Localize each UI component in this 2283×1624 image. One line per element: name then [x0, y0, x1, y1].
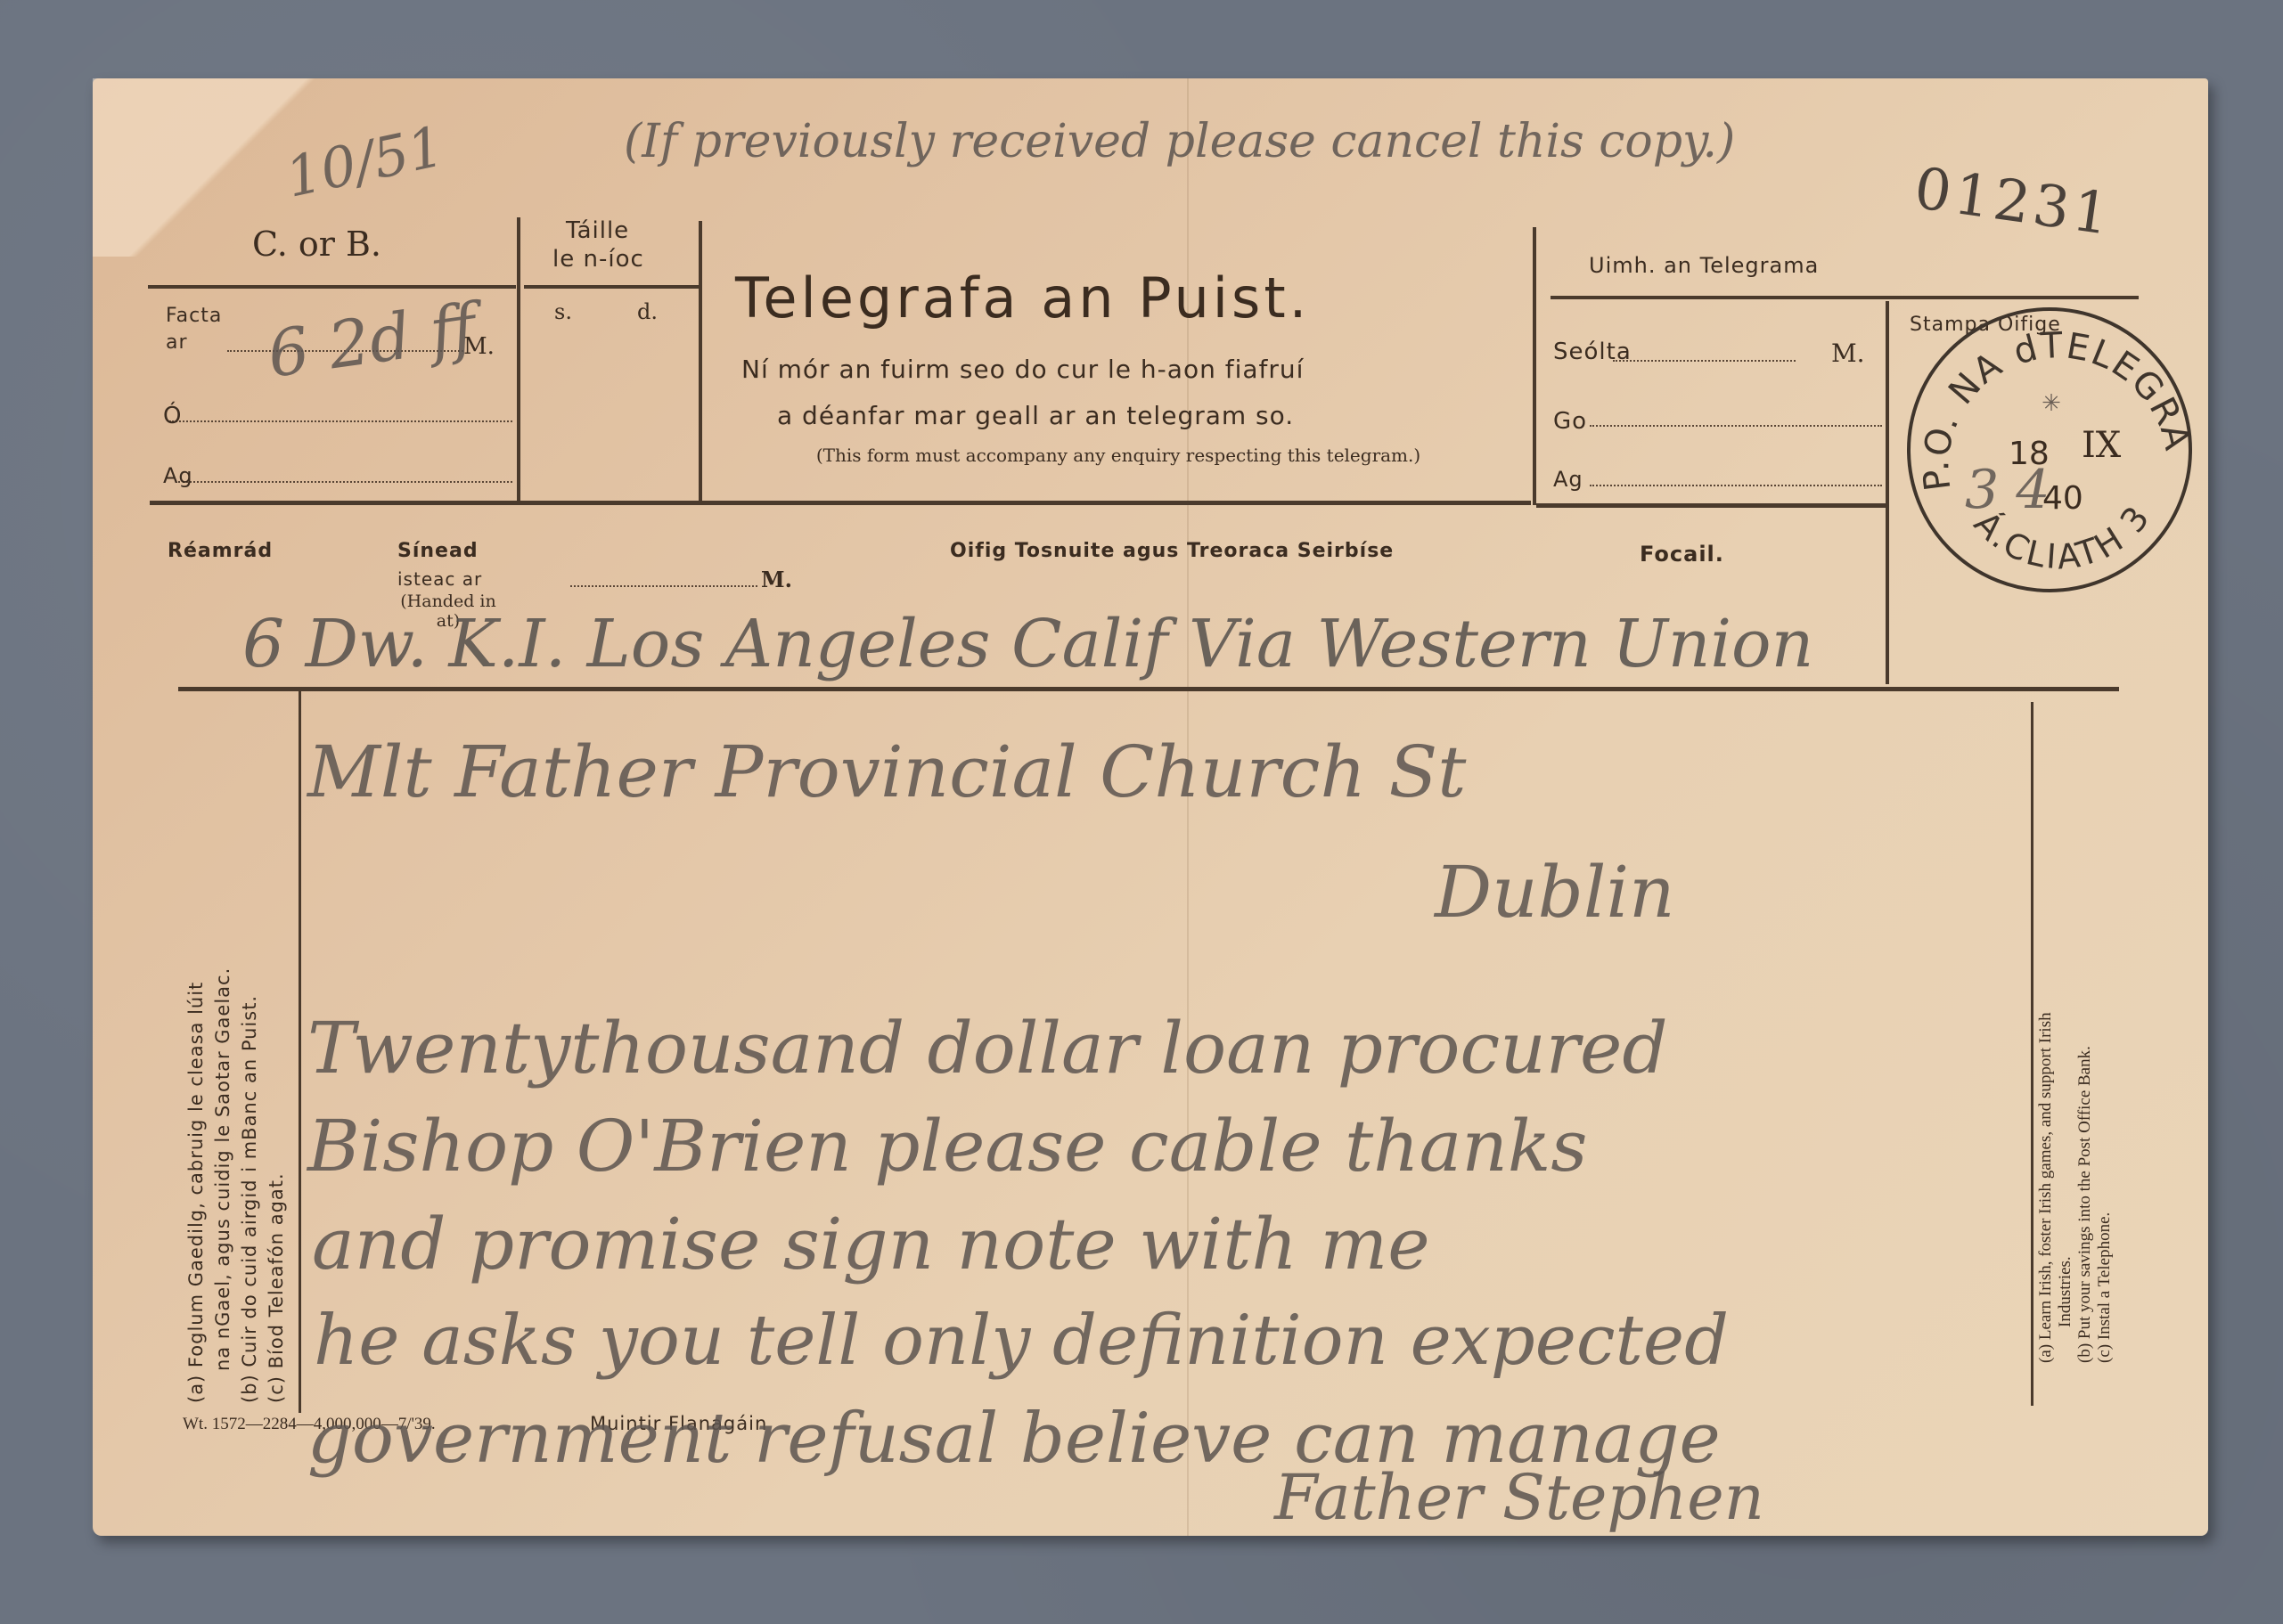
handwritten-address-line-2: Dublin	[1435, 851, 1675, 934]
rule-uimh-bottom	[1551, 296, 2139, 299]
handed-in-m-label: M.	[761, 567, 792, 592]
taille-label-1: Táille	[566, 217, 629, 244]
form-title: Telegrafa an Puist.	[735, 265, 1310, 331]
subtitle-line-1: Ní mór an fuirm seo do cur le h-aon fiaf…	[741, 355, 1304, 384]
stamp-month: IX	[2082, 425, 2121, 466]
focail-label: Focail.	[1640, 542, 1724, 567]
rule-header-bottom-left	[150, 501, 1531, 505]
message-line: Twentythousand dollar loan procured	[307, 1007, 1668, 1089]
o-dotted-line	[169, 420, 512, 422]
sinead-label: Sínead	[397, 540, 479, 562]
seolta-label: Seólta	[1553, 339, 1632, 365]
ag-dotted-line	[178, 481, 512, 483]
c-or-b-label: C. or B.	[252, 224, 381, 264]
ag2-dotted-line	[1590, 485, 1882, 486]
postmark-stamp: P.O. NA dTELEGRAF Á.CLIATH 3 ✳ 18 IX 40	[1907, 307, 2192, 592]
side-notes-irish: (a) Foglum Gaedilg, cabruig le cleasa lú…	[183, 967, 290, 1403]
rule-col1-right	[517, 217, 520, 502]
message-line: Bishop O'Brien please cable thanks	[307, 1105, 1587, 1187]
rule-taille-top	[524, 285, 699, 289]
star-icon: ✳	[2042, 390, 2061, 417]
facta-ar-label: Facta ar	[166, 303, 237, 356]
ag-label: Ag	[163, 463, 193, 488]
handed-in-dotted-line	[570, 585, 757, 587]
seolta-m-label: M.	[1831, 339, 1865, 368]
isteac-ar-label: isteac ar	[397, 568, 482, 590]
rule-col3-right	[1533, 227, 1536, 505]
oifig-label: Oifig Tosnuite agus Treoraca Seirbíse	[950, 540, 1394, 562]
handwritten-preamble: 6 Dw. K.I. Los Angeles Calif Via Western…	[242, 606, 1813, 682]
go-dotted-line	[1590, 425, 1882, 427]
taille-label-2: le n-íoc	[552, 246, 644, 273]
message-line: and promise sign note with me	[312, 1203, 1430, 1285]
handwritten-address-line-1: Mlt Father Provincial Church St	[307, 730, 1466, 813]
rule-body-right	[2031, 702, 2033, 1406]
rule-col4-right	[1886, 301, 1889, 684]
o-label: Ó	[163, 403, 182, 429]
rule-address-top	[178, 687, 2119, 691]
go-label: Go	[1553, 408, 1587, 435]
rule-body-left	[299, 691, 301, 1413]
rule-cb-top	[148, 285, 516, 289]
subtitle-line-2: a déanfar mar geall ar an telegram so.	[777, 401, 1294, 430]
reamrad-label: Réamrád	[168, 540, 273, 562]
rule-header-bottom-right	[1536, 503, 1886, 508]
handwritten-stamp-overwrite: 3 4	[1965, 459, 2050, 521]
english-note: (This form must accompany any enquiry re…	[793, 445, 1444, 465]
postmark-ring-text: P.O. NA dTELEGRAF Á.CLIATH 3 ✳	[1911, 311, 2196, 596]
shillings-label: s.	[554, 299, 572, 324]
message-line: he asks you tell only definition expecte…	[314, 1301, 1729, 1381]
side-notes-english: (a) Learn Irish, foster Irish games, and…	[2036, 1012, 2115, 1363]
handwritten-signature: Father Stephen	[1274, 1461, 1764, 1534]
pence-label: d.	[637, 299, 658, 324]
rule-col2-right	[699, 221, 702, 502]
uimh-label: Uimh. an Telegrama	[1589, 253, 1819, 278]
seolta-dotted-line	[1613, 360, 1796, 362]
ag2-label: Ag	[1553, 467, 1583, 492]
handwritten-cancel-note: (If previously received please cancel th…	[588, 107, 1747, 176]
